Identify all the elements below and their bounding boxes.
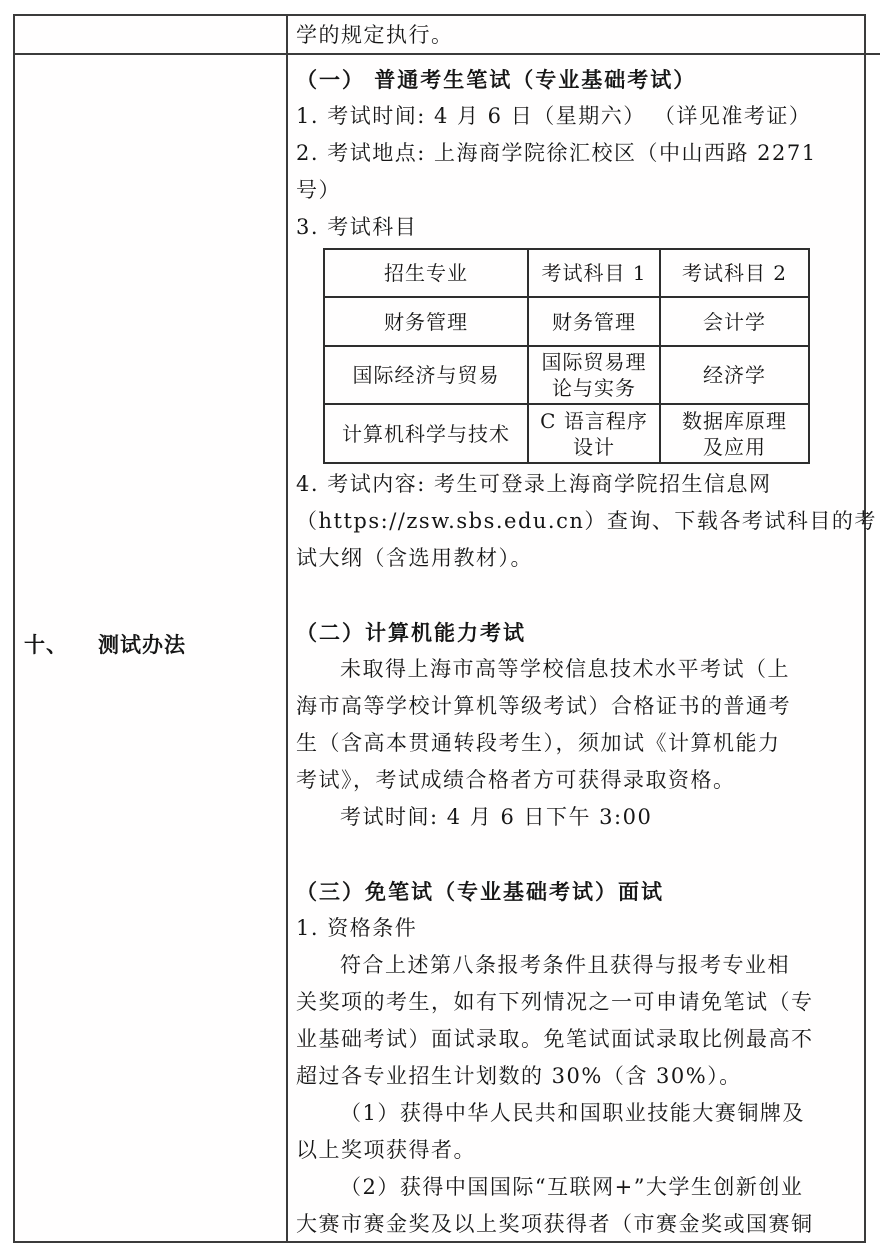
content-lines-top: （一） 普通考生笔试（专业基础考试）1. 考试时间: 4 月 6 日（星期六） … bbox=[296, 61, 877, 246]
subject-table-cell: 国际经济与贸易 bbox=[324, 346, 528, 404]
text-line: （二）计算机能力考试 bbox=[296, 614, 877, 651]
document-table: 学的规定执行。 十、测试办法 （一） 普通考生笔试（专业基础考试）1. 考试时间… bbox=[13, 14, 866, 1243]
subject-table-cell: 计算机科学与技术 bbox=[324, 404, 528, 463]
subject-table-cell: 经济学 bbox=[660, 346, 809, 404]
prev-row-text: 学的规定执行。 bbox=[288, 16, 880, 55]
section-number: 十、 bbox=[24, 632, 68, 657]
text-line: 超过各专业招生计划数的 30%（含 30%）。 bbox=[296, 1058, 877, 1095]
subject-table-cell: 财务管理 bbox=[324, 297, 528, 346]
text-line: 1. 资格条件 bbox=[296, 910, 877, 947]
subject-table-header-row: 招生专业考试科目 1考试科目 2 bbox=[324, 249, 809, 297]
subject-table-cell: 财务管理 bbox=[528, 297, 660, 346]
text-line: （2）获得中国国际“互联网+”大学生创新创业 bbox=[296, 1169, 877, 1206]
subject-table-row: 财务管理财务管理会计学 bbox=[324, 297, 809, 346]
text-line: 以上奖项获得者。 bbox=[296, 1132, 877, 1169]
text-line: 业基础考试）面试录取。免笔试面试录取比例最高不 bbox=[296, 1021, 877, 1058]
subject-table-header-cell: 招生专业 bbox=[324, 249, 528, 297]
text-line: （三）免笔试（专业基础考试）面试 bbox=[296, 873, 877, 910]
text-line: 考试》，考试成绩合格者方可获得录取资格。 bbox=[296, 762, 877, 799]
subject-table-cell: 数据库原理 及应用 bbox=[660, 404, 809, 463]
subject-table-header-cell: 考试科目 1 bbox=[528, 249, 660, 297]
text-line: 关奖项的考生，如有下列情况之一可申请免笔试（专 bbox=[296, 984, 877, 1021]
text-line: 试大纲（含选用教材）。 bbox=[296, 540, 877, 577]
section-label: 十、测试办法 bbox=[24, 629, 286, 659]
text-line: （1）获得中华人民共和国职业技能大赛铜牌及 bbox=[296, 1095, 877, 1132]
section-label-cell: 十、测试办法 bbox=[15, 55, 288, 1243]
prev-row-empty-cell bbox=[15, 16, 288, 55]
text-line bbox=[296, 577, 877, 614]
text-line: 海市高等学校计算机等级考试）合格证书的普通考 bbox=[296, 688, 877, 725]
text-line: 3. 考试科目 bbox=[296, 209, 877, 246]
text-line: 未取得上海市高等学校信息技术水平考试（上 bbox=[296, 651, 877, 688]
text-line: 号） bbox=[296, 172, 877, 209]
section-title: 测试办法 bbox=[98, 632, 186, 657]
content-lines-bottom: 4. 考试内容: 考生可登录上海商学院招生信息网（https://zsw.sbs… bbox=[296, 466, 877, 1243]
text-line: 2. 考试地点: 上海商学院徐汇校区（中山西路 2271 bbox=[296, 135, 877, 172]
text-line: 4. 考试内容: 考生可登录上海商学院招生信息网 bbox=[296, 466, 877, 503]
text-line: （https://zsw.sbs.edu.cn）查询、下载各考试科目的考 bbox=[296, 503, 877, 540]
exam-subject-table: 招生专业考试科目 1考试科目 2财务管理财务管理会计学国际经济与贸易国际贸易理 … bbox=[323, 248, 810, 464]
text-line bbox=[296, 836, 877, 873]
text-line: 考试时间: 4 月 6 日下午 3:00 bbox=[296, 799, 877, 836]
subject-table-cell: 会计学 bbox=[660, 297, 809, 346]
subject-table-row: 计算机科学与技术C 语言程序 设计数据库原理 及应用 bbox=[324, 404, 809, 463]
text-line: 生（含高本贯通转段考生），须加试《计算机能力 bbox=[296, 725, 877, 762]
text-line: 1. 考试时间: 4 月 6 日（星期六） （详见准考证） bbox=[296, 98, 877, 135]
subject-table-row: 国际经济与贸易国际贸易理 论与实务经济学 bbox=[324, 346, 809, 404]
text-line: 大赛市赛金奖及以上奖项获得者（市赛金奖或国赛铜 bbox=[296, 1206, 877, 1243]
text-line: （一） 普通考生笔试（专业基础考试） bbox=[296, 61, 877, 98]
text-line: 符合上述第八条报考条件且获得与报考专业相 bbox=[296, 947, 877, 984]
section-content-cell: （一） 普通考生笔试（专业基础考试）1. 考试时间: 4 月 6 日（星期六） … bbox=[288, 55, 880, 1243]
subject-table-cell: C 语言程序 设计 bbox=[528, 404, 660, 463]
subject-table-header-cell: 考试科目 2 bbox=[660, 249, 809, 297]
subject-table-cell: 国际贸易理 论与实务 bbox=[528, 346, 660, 404]
